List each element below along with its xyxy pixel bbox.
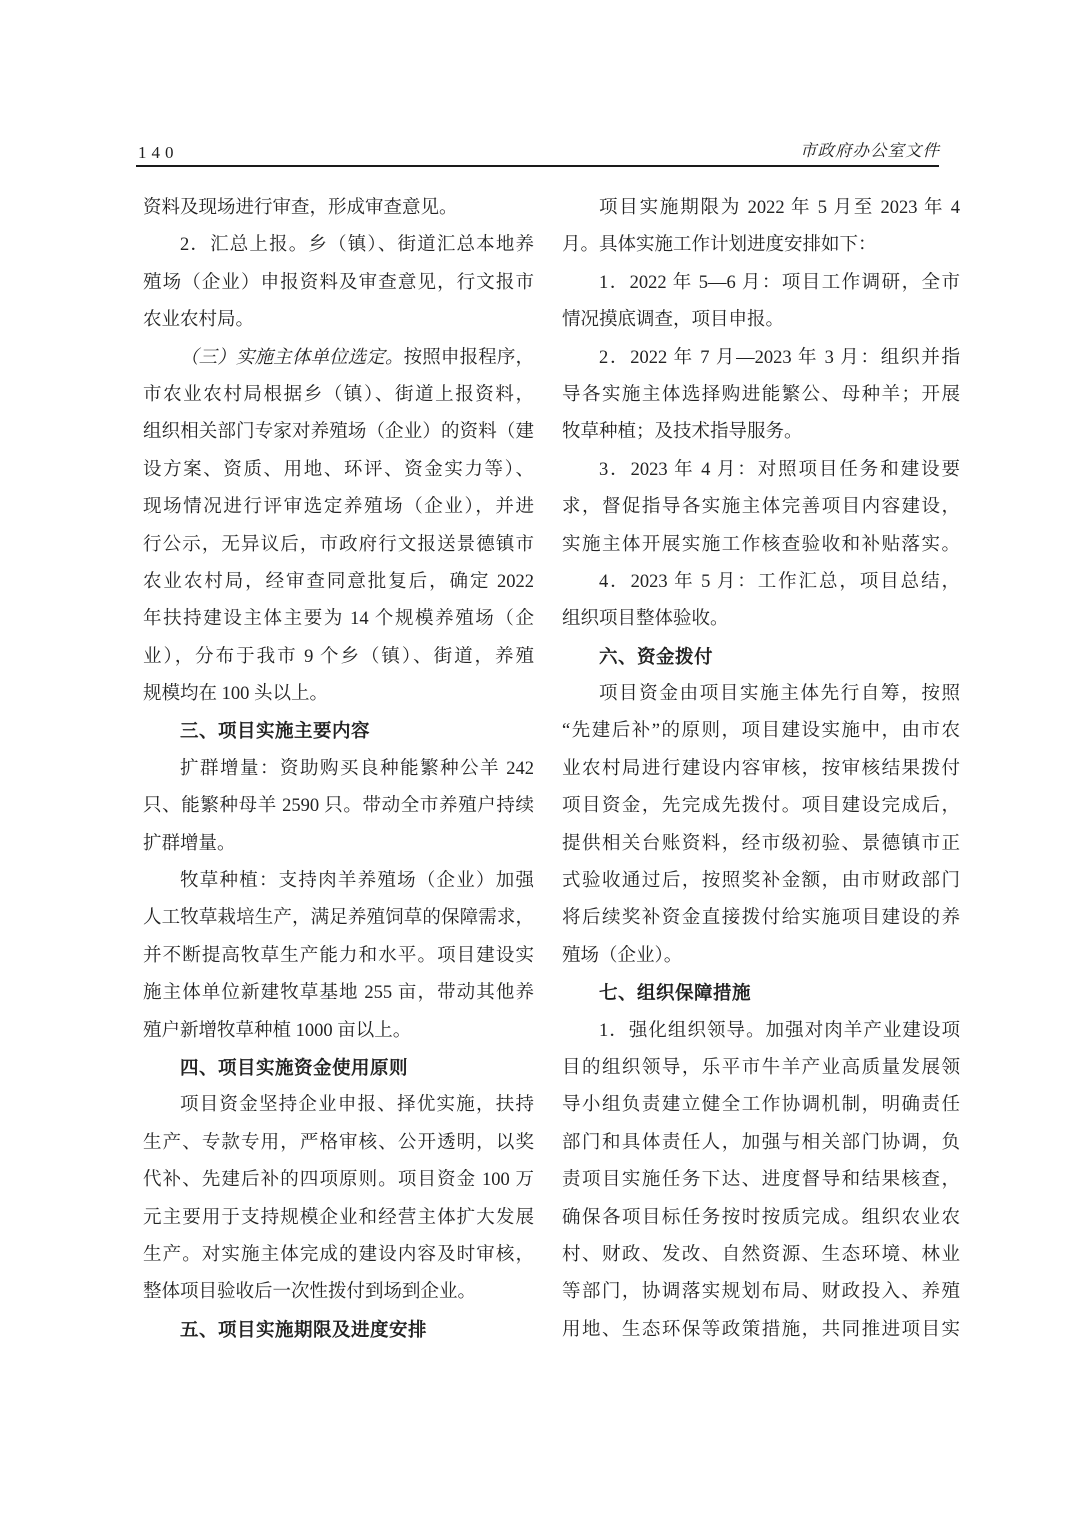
- document-page: 140 市政府办公室文件 资料及现场进行审查，形成审查意见。2．汇总上报。乡（镇…: [0, 0, 1074, 1520]
- text-line: 项目资金坚持企业申报、择优实施，扶持: [143, 1087, 534, 1124]
- text-run: 导小组负责建立健全工作协调机制，明确责任: [562, 1095, 960, 1115]
- text-run: 组织项目整体验收。: [562, 609, 729, 629]
- text-line: 4．2023 年 5 月：工作汇总，项目总结，: [562, 564, 960, 601]
- text-line: 导各实施主体选择购进能繁公、母种羊；开展: [562, 377, 960, 414]
- section-heading: 五、项目实施期限及进度安排: [143, 1312, 534, 1349]
- text-line: 生产、专款专用，严格审核、公开透明，以奖: [143, 1125, 534, 1162]
- text-line: 实施主体开展实施工作核查验收和补贴落实。: [562, 527, 960, 564]
- text-run: 按照申报程序，: [404, 348, 534, 368]
- text-run: 农业农村局，经审查同意批复后，确定 2022: [143, 572, 534, 592]
- text-run: 资料及现场进行审查，形成审查意见。: [143, 198, 458, 218]
- section-heading: 三、项目实施主要内容: [143, 713, 534, 750]
- text-run: 设方案、资质、用地、环评、资金实力等）、: [143, 460, 534, 480]
- text-line: 现场情况进行评审选定养殖场（企业），并进: [143, 489, 534, 526]
- text-run: 生产。对实施主体完成的建设内容及时审核，: [143, 1245, 534, 1265]
- text-run: 并不断提高牧草生产能力和水平。项目建设实: [143, 946, 534, 966]
- text-run: 业），分布于我市 9 个乡（镇）、街道，养殖: [143, 647, 534, 667]
- text-line: 1．强化组织领导。加强对肉羊产业建设项: [562, 1013, 960, 1050]
- header-title: 市政府办公室文件: [800, 137, 940, 161]
- text-run: 2．汇总上报。乡（镇）、街道汇总本地养: [180, 235, 534, 255]
- text-line: “先建后补”的原则，项目建设实施中，由市农: [562, 713, 960, 750]
- header-rule: [136, 165, 939, 167]
- text-run: 农业农村局。: [143, 310, 254, 330]
- text-run: 确保各项目标任务按时按质完成。组织农业农: [562, 1208, 960, 1228]
- text-run: 3．2023 年 4 月：对照项目任务和建设要: [599, 460, 960, 480]
- text-line: 业），分布于我市 9 个乡（镇）、街道，养殖: [143, 639, 534, 676]
- page-number: 140: [138, 143, 179, 163]
- text-line: 求，督促指导各实施主体完善项目内容建设，: [562, 489, 960, 526]
- text-run: 牧草种植：支持肉羊养殖场（企业）加强: [180, 871, 534, 891]
- text-line: 农业农村局，经审查同意批复后，确定 2022: [143, 564, 534, 601]
- text-run: 七、组织保障措施: [599, 983, 751, 1004]
- text-line: 市农业农村局根据乡（镇）、街道上报资料，: [143, 377, 534, 414]
- text-run: 用地、生态环保等政策措施，共同推进项目实: [562, 1320, 960, 1340]
- text-run: 项目资金由项目实施主体先行自筹，按照: [599, 684, 960, 704]
- text-run: 村、财政、发改、自然资源、生态环境、林业: [562, 1245, 960, 1265]
- text-line: 代补、先建后补的四项原则。项目资金 100 万: [143, 1162, 534, 1199]
- text-line: 2．汇总上报。乡（镇）、街道汇总本地养: [143, 227, 534, 264]
- text-line: 项目资金，先完成先拨付。项目建设完成后，: [562, 788, 960, 825]
- text-run: 等部门，协调落实规划布局、财政投入、养殖: [562, 1282, 960, 1302]
- text-run: 业农村局进行建设内容审核，按审核结果拨付: [562, 759, 960, 779]
- text-run: 1．2022 年 5—6 月：项目工作调研，全市: [599, 273, 960, 293]
- text-run: 四、项目实施资金使用原则: [180, 1058, 408, 1079]
- text-run: “先建后补”的原则，项目建设实施中，由市农: [562, 721, 960, 741]
- text-run: 现场情况进行评审选定养殖场（企业），并进: [143, 497, 534, 517]
- text-run: 情况摸底调查，项目申报。: [562, 310, 784, 330]
- left-column: 资料及现场进行审查，形成审查意见。2．汇总上报。乡（镇）、街道汇总本地养殖场（企…: [143, 190, 534, 1349]
- text-line: 殖户新增牧草种植 1000 亩以上。: [143, 1013, 534, 1050]
- text-line: 村、财政、发改、自然资源、生态环境、林业: [562, 1237, 960, 1274]
- text-line: 确保各项目标任务按时按质完成。组织农业农: [562, 1200, 960, 1237]
- text-line: 扩群增量。: [143, 826, 534, 863]
- text-run: 代补、先建后补的四项原则。项目资金 100 万: [143, 1170, 534, 1190]
- text-run: 元主要用于支持规模企业和经营主体扩大发展: [143, 1208, 534, 1228]
- text-run: 项目资金坚持企业申报、择优实施，扶持: [180, 1095, 534, 1115]
- text-run: 项目实施期限为 2022 年 5 月至 2023 年 4: [599, 198, 960, 218]
- text-run: 月。具体实施工作计划进度安排如下：: [562, 235, 877, 255]
- text-line: 殖场（企业）。: [562, 938, 960, 975]
- text-line: 部门和具体责任人，加强与相关部门协调，负: [562, 1125, 960, 1162]
- text-line: 业农村局进行建设内容审核，按审核结果拨付: [562, 751, 960, 788]
- text-line: 组织项目整体验收。: [562, 601, 960, 638]
- text-line: 导小组负责建立健全工作协调机制，明确责任: [562, 1087, 960, 1124]
- text-run: 只、能繁种母羊 2590 只。带动全市养殖户持续: [143, 796, 534, 816]
- text-line: 行公示，无异议后，市政府行文报送景德镇市: [143, 527, 534, 564]
- text-run: 六、资金拨付: [599, 647, 713, 668]
- text-run: 五、项目实施期限及进度安排: [180, 1320, 427, 1341]
- text-run: 导各实施主体选择购进能繁公、母种羊；开展: [562, 385, 960, 405]
- text-run: 年扶持建设主体主要为 14 个规模养殖场（企: [143, 609, 534, 629]
- kai-text-run: （三）实施主体单位选定。: [180, 348, 404, 368]
- text-run: 提供相关台账资料，经市级初验、景德镇市正: [562, 834, 960, 854]
- text-line: 扩群增量：资助购买良种能繁种公羊 242: [143, 751, 534, 788]
- text-run: 市农业农村局根据乡（镇）、街道上报资料，: [143, 385, 534, 405]
- text-run: 施主体单位新建牧草基地 255 亩，带动其他养: [143, 983, 534, 1003]
- text-run: 殖场（企业）申报资料及审查意见，行文报市: [143, 273, 534, 293]
- text-run: 目的组织领导，乐平市牛羊产业高质量发展领: [562, 1058, 960, 1078]
- text-run: 殖户新增牧草种植 1000 亩以上。: [143, 1021, 411, 1041]
- text-line: 2．2022 年 7 月—2023 年 3 月：组织并指: [562, 340, 960, 377]
- text-line: 人工牧草栽培生产，满足养殖饲草的保障需求，: [143, 900, 534, 937]
- section-heading: 四、项目实施资金使用原则: [143, 1050, 534, 1087]
- text-line: 整体项目验收后一次性拨付到场到企业。: [143, 1274, 534, 1311]
- text-line: 情况摸底调查，项目申报。: [562, 302, 960, 339]
- text-run: 扩群增量。: [143, 834, 236, 854]
- text-line: 只、能繁种母羊 2590 只。带动全市养殖户持续: [143, 788, 534, 825]
- text-line: 项目资金由项目实施主体先行自筹，按照: [562, 676, 960, 713]
- text-run: 整体项目验收后一次性拨付到场到企业。: [143, 1282, 476, 1302]
- text-line: 并不断提高牧草生产能力和水平。项目建设实: [143, 938, 534, 975]
- text-line: （三）实施主体单位选定。按照申报程序，: [143, 340, 534, 377]
- text-run: 责项目实施任务下达、进度督导和结果核查，: [562, 1170, 960, 1190]
- text-line: 式验收通过后，按照奖补金额，由市财政部门: [562, 863, 960, 900]
- text-line: 目的组织领导，乐平市牛羊产业高质量发展领: [562, 1050, 960, 1087]
- text-run: 将后续奖补资金直接拨付给实施项目建设的养: [562, 908, 960, 928]
- text-line: 资料及现场进行审查，形成审查意见。: [143, 190, 534, 227]
- section-heading: 七、组织保障措施: [562, 975, 960, 1012]
- text-run: 1．强化组织领导。加强对肉羊产业建设项: [599, 1021, 960, 1041]
- text-run: 行公示，无异议后，市政府行文报送景德镇市: [143, 535, 534, 555]
- text-run: 规模均在 100 头以上。: [143, 684, 328, 704]
- text-run: 式验收通过后，按照奖补金额，由市财政部门: [562, 871, 960, 891]
- text-run: 牧草种植；及技术指导服务。: [562, 422, 803, 442]
- text-run: 人工牧草栽培生产，满足养殖饲草的保障需求，: [143, 908, 534, 928]
- text-line: 殖场（企业）申报资料及审查意见，行文报市: [143, 265, 534, 302]
- text-line: 规模均在 100 头以上。: [143, 676, 534, 713]
- text-line: 月。具体实施工作计划进度安排如下：: [562, 227, 960, 264]
- text-line: 农业农村局。: [143, 302, 534, 339]
- text-line: 牧草种植：支持肉羊养殖场（企业）加强: [143, 863, 534, 900]
- text-run: 4．2023 年 5 月：工作汇总，项目总结，: [599, 572, 960, 592]
- text-line: 施主体单位新建牧草基地 255 亩，带动其他养: [143, 975, 534, 1012]
- text-run: 实施主体开展实施工作核查验收和补贴落实。: [562, 535, 960, 555]
- text-line: 用地、生态环保等政策措施，共同推进项目实: [562, 1312, 960, 1349]
- text-run: 项目资金，先完成先拨付。项目建设完成后，: [562, 796, 960, 816]
- text-line: 年扶持建设主体主要为 14 个规模养殖场（企: [143, 601, 534, 638]
- right-column: 项目实施期限为 2022 年 5 月至 2023 年 4月。具体实施工作计划进度…: [562, 190, 960, 1349]
- section-heading: 六、资金拨付: [562, 639, 960, 676]
- text-line: 1．2022 年 5—6 月：项目工作调研，全市: [562, 265, 960, 302]
- text-line: 牧草种植；及技术指导服务。: [562, 414, 960, 451]
- text-line: 生产。对实施主体完成的建设内容及时审核，: [143, 1237, 534, 1274]
- text-run: 扩群增量：资助购买良种能繁种公羊 242: [180, 759, 534, 779]
- text-line: 设方案、资质、用地、环评、资金实力等）、: [143, 452, 534, 489]
- text-line: 项目实施期限为 2022 年 5 月至 2023 年 4: [562, 190, 960, 227]
- text-line: 责项目实施任务下达、进度督导和结果核查，: [562, 1162, 960, 1199]
- text-line: 等部门，协调落实规划布局、财政投入、养殖: [562, 1274, 960, 1311]
- text-run: 部门和具体责任人，加强与相关部门协调，负: [562, 1133, 960, 1153]
- text-line: 组织相关部门专家对养殖场（企业）的资料（建: [143, 414, 534, 451]
- text-line: 3．2023 年 4 月：对照项目任务和建设要: [562, 452, 960, 489]
- text-run: 组织相关部门专家对养殖场（企业）的资料（建: [143, 422, 534, 442]
- text-line: 将后续奖补资金直接拨付给实施项目建设的养: [562, 900, 960, 937]
- text-run: 求，督促指导各实施主体完善项目内容建设，: [562, 497, 960, 517]
- text-line: 元主要用于支持规模企业和经营主体扩大发展: [143, 1200, 534, 1237]
- text-run: 生产、专款专用，严格审核、公开透明，以奖: [143, 1133, 534, 1153]
- text-run: 三、项目实施主要内容: [180, 721, 370, 742]
- text-run: 殖场（企业）。: [562, 946, 682, 966]
- text-run: 2．2022 年 7 月—2023 年 3 月：组织并指: [599, 348, 960, 368]
- text-line: 提供相关台账资料，经市级初验、景德镇市正: [562, 826, 960, 863]
